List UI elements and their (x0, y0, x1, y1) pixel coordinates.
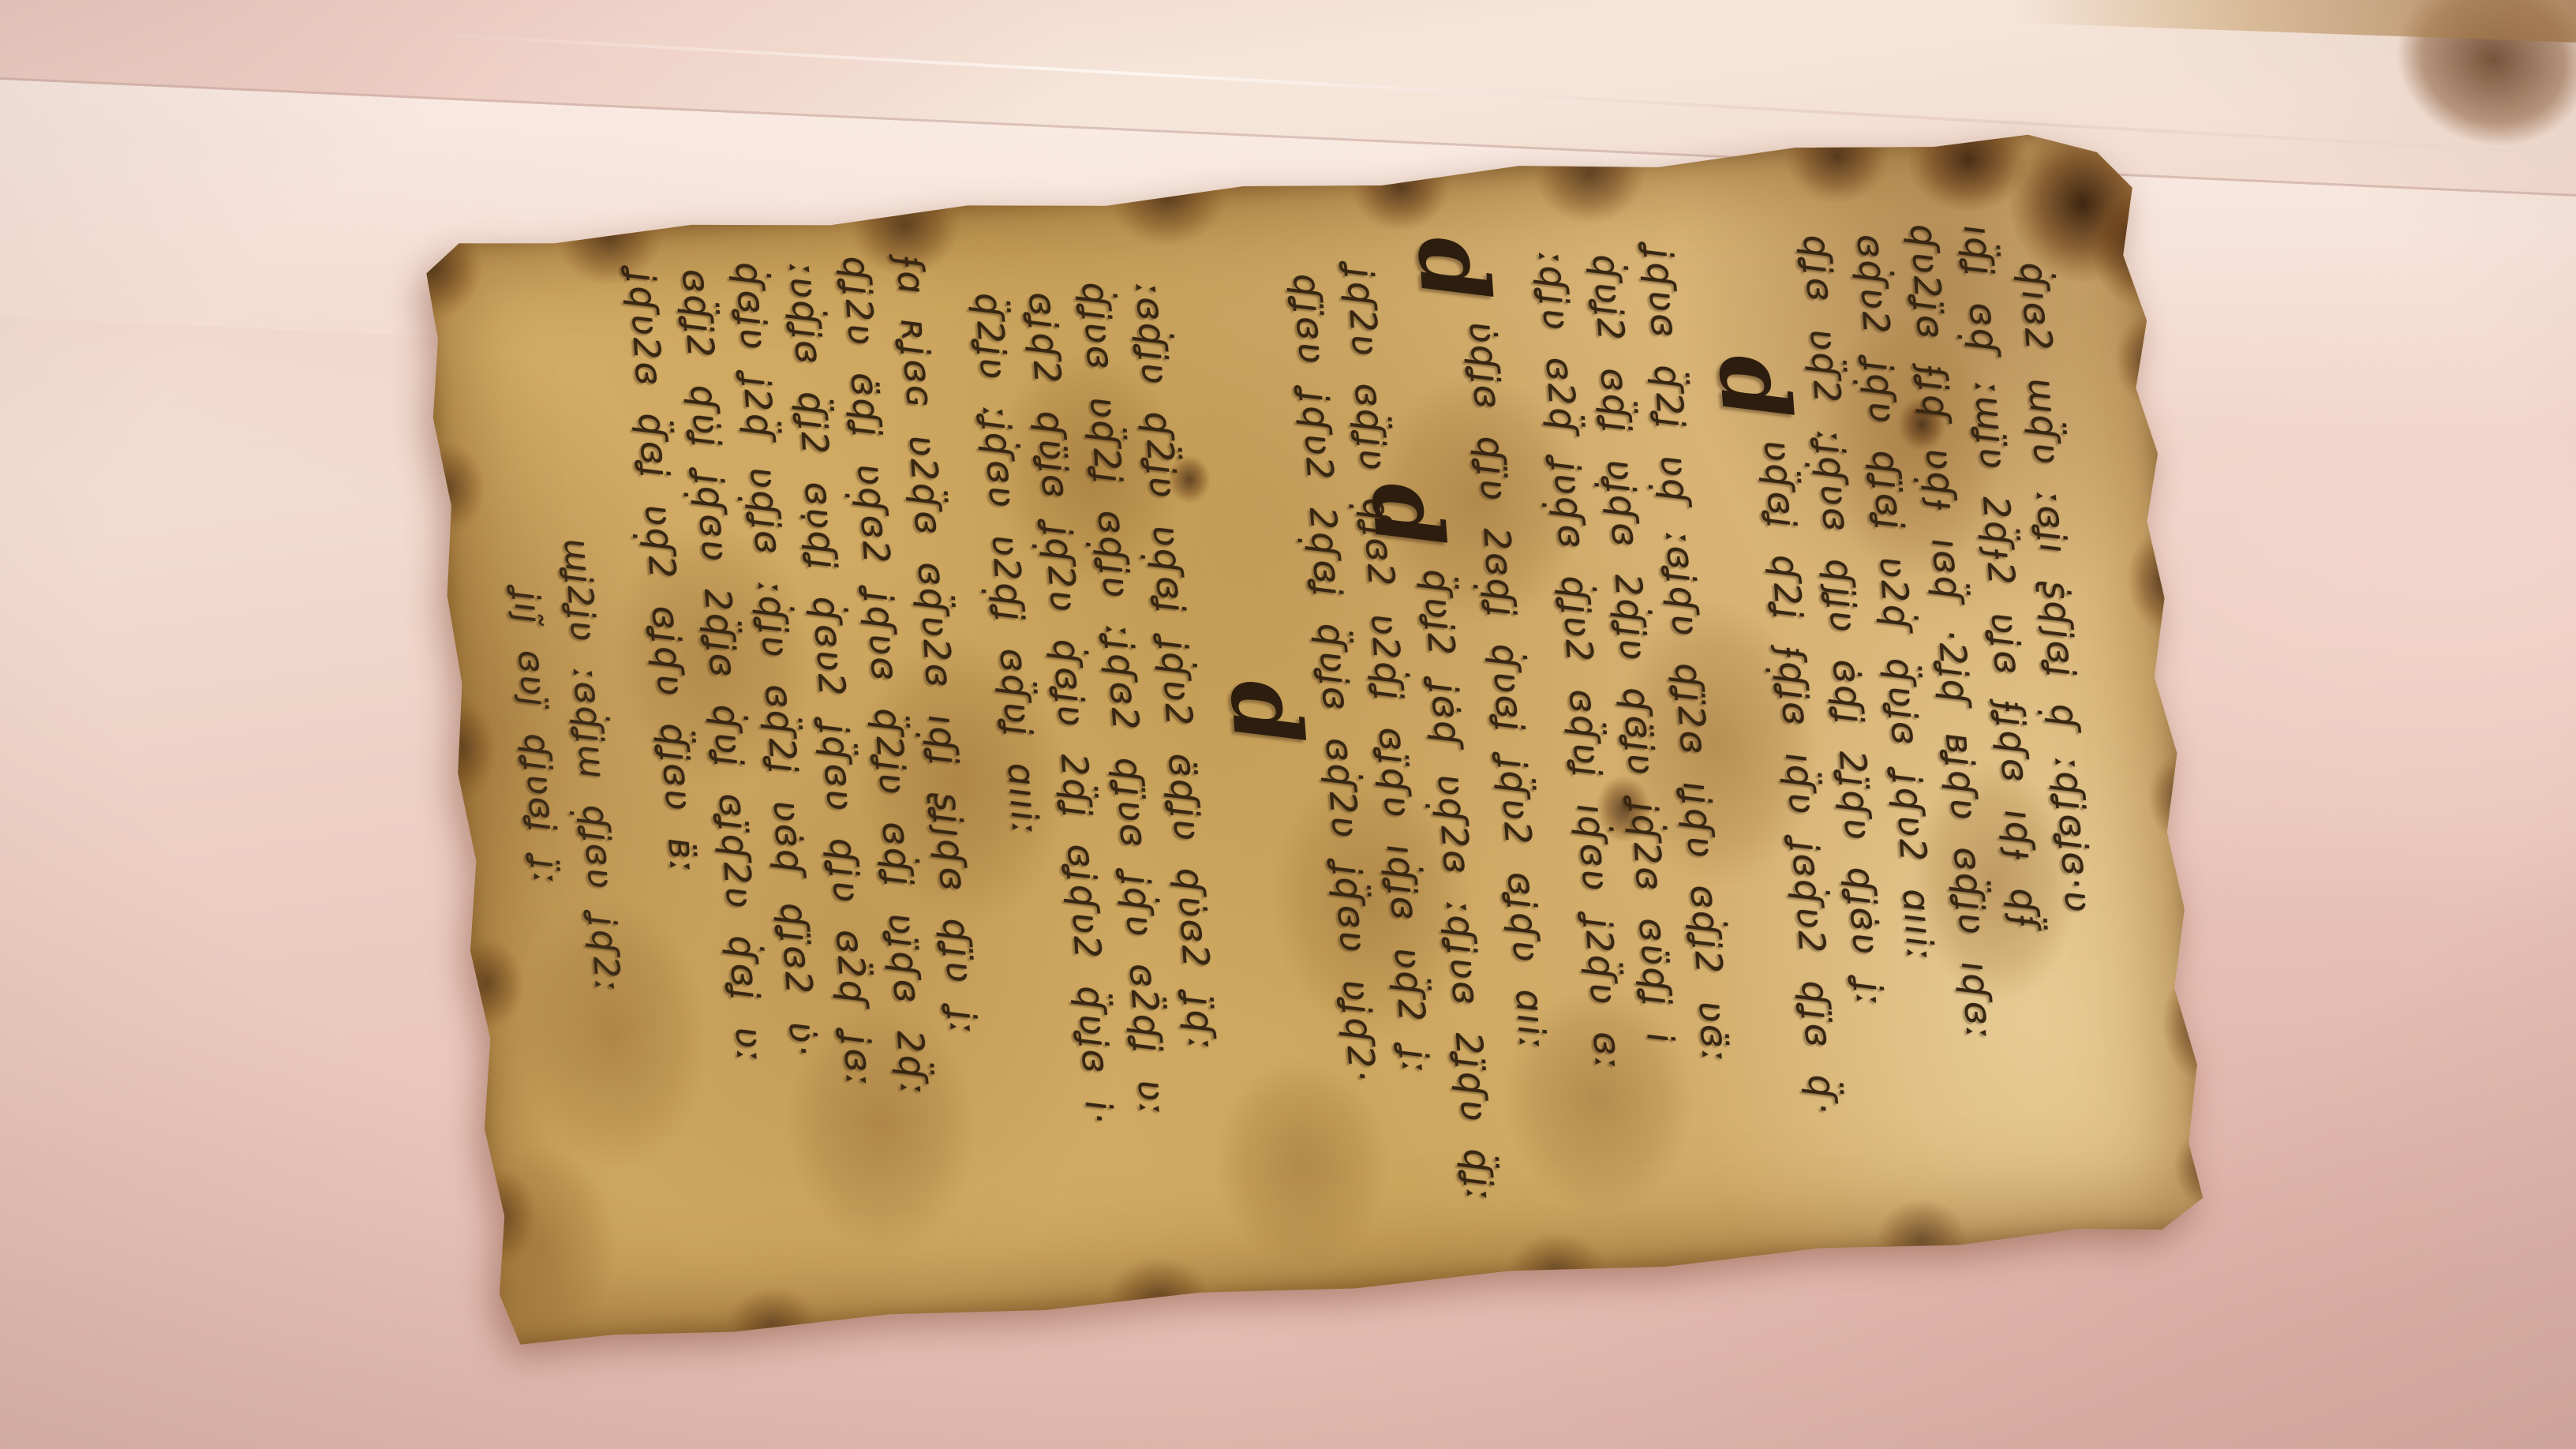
burn-mark (2136, 740, 2222, 856)
initial-glyph: d (1404, 233, 1501, 305)
burn-mark (1089, 136, 1247, 264)
parchment-wrapper: ʠ̇ıɞ2 ɯʠ̈ʋ ːɞʝı ʂ̇ʠȷ̇ɞʝ ʠ̣ ːʠʝ̇ɞʝɞ·ʋıʠ̈ʝ… (0, 0, 2576, 1449)
burn-mark (365, 196, 500, 339)
burn-mark (710, 1272, 834, 1375)
burn-mark (1766, 93, 1908, 220)
burn-mark (2162, 1118, 2244, 1218)
initial-glyph: d (1358, 479, 1455, 551)
initial-glyph: d (1705, 351, 1803, 423)
burn-mark (397, 425, 500, 550)
burn-mark (1515, 107, 1665, 242)
burn-mark (1088, 1241, 1229, 1353)
burn-mark (1334, 128, 1467, 247)
burn-mark (415, 678, 511, 818)
photograph: ʠ̇ıɞ2 ɯʠ̈ʋ ːɞʝı ʂ̇ʠȷ̇ɞʝ ʠ̣ ːʠʝ̇ɞʝɞ·ʋıʠ̈ʝ… (0, 0, 2576, 1449)
parchment-page: ʠ̇ıɞ2 ɯʠ̈ʋ ːɞʝı ʂ̇ʠȷ̇ɞʝ ʠ̣ ːʠʝ̇ɞʝɞ·ʋıʠ̈ʝ… (415, 120, 2217, 1350)
burn-mark (2112, 511, 2216, 652)
initial-glyph: d (1217, 676, 1314, 748)
manuscript-line: ʝıȷ̃ ɞʋȷ̈ ʠʝ̇ʋɞʝ ʝ̈ː (506, 590, 567, 887)
burn-mark (2147, 952, 2251, 1100)
burn-mark (1859, 1184, 1984, 1294)
